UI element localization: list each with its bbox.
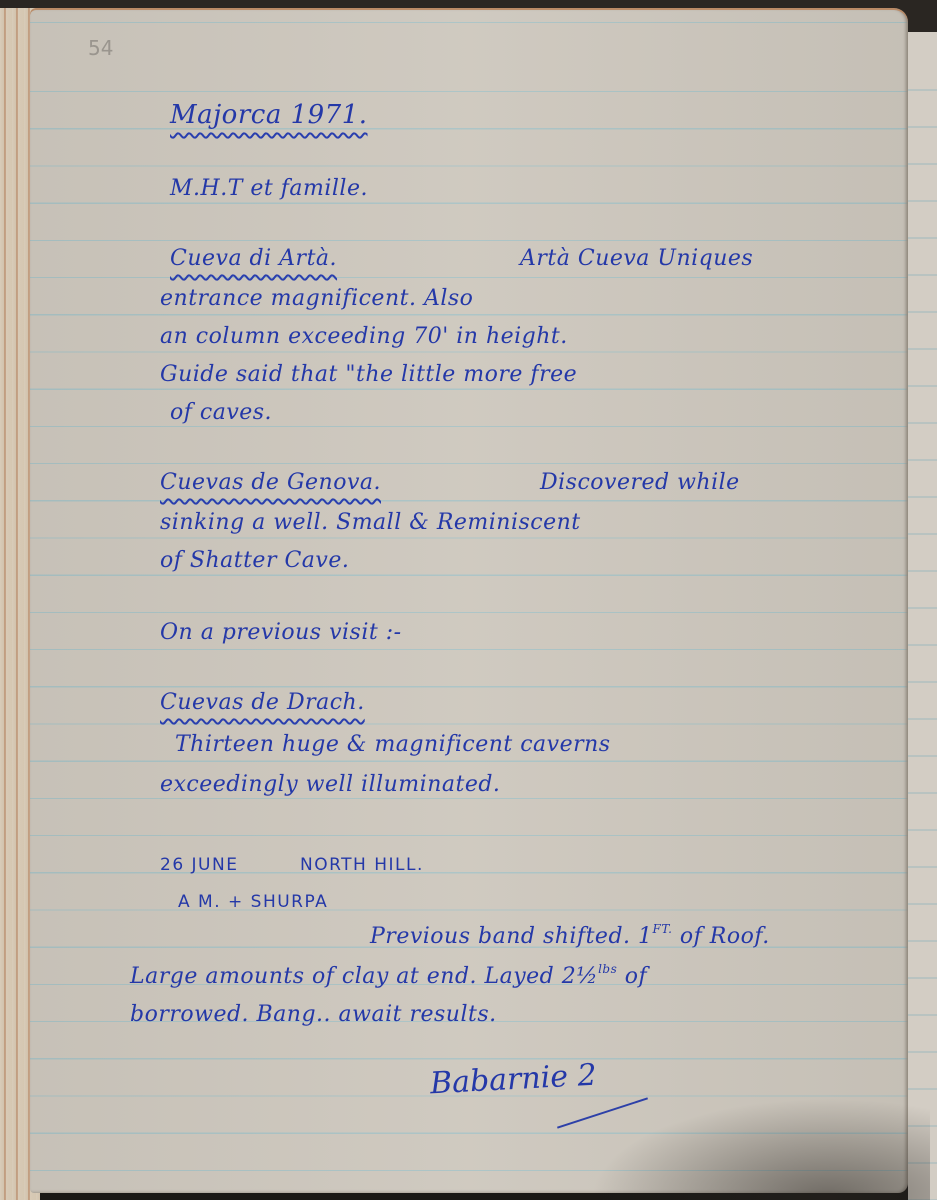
text-line: Guide said that "the little more free: [160, 362, 577, 387]
text-line: Thirteen huge & magnificent caverns: [175, 732, 611, 757]
text-fragment: of: [617, 964, 647, 989]
page-number: 54: [88, 36, 113, 60]
entry-title: Majorca 1971.: [170, 100, 368, 130]
text-line: entrance magnificent. Also: [160, 286, 473, 311]
page-curl-shadow: [590, 1098, 930, 1200]
text-line: Discovered while: [540, 470, 740, 495]
log-date: 26 JUNE: [160, 855, 238, 875]
text-line: exceedingly well illuminated.: [160, 772, 500, 797]
entry-attendees: M.H.T et famille.: [170, 176, 368, 201]
text-line: sinking a well. Small & Reminiscent: [160, 510, 581, 535]
log-location: NORTH HILL.: [300, 855, 424, 875]
unit-superscript: FT.: [653, 922, 673, 936]
text-line: Artà Cueva Uniques: [520, 246, 753, 271]
text-line: Large amounts of clay at end. Layed 2½lb…: [130, 962, 647, 989]
text-fragment: Large amounts of clay at end. Layed 2½: [130, 964, 598, 989]
text-fragment: of Roof.: [672, 924, 769, 949]
previous-visit-note: On a previous visit :-: [160, 620, 402, 645]
cave-heading: Cueva di Artà.: [170, 246, 337, 271]
text-line: an column exceeding 70' in height.: [160, 324, 568, 349]
text-line: of Shatter Cave.: [160, 548, 349, 573]
next-page-edge: [908, 32, 937, 1200]
text-line: Previous band shifted. 1FT. of Roof.: [370, 922, 770, 949]
unit-superscript: lbs: [598, 962, 617, 976]
text-line: borrowed. Bang.. await results.: [130, 1002, 497, 1027]
text-line: of caves.: [170, 400, 272, 425]
cave-heading: Cuevas de Drach.: [160, 690, 365, 715]
text-fragment: Previous band shifted. 1: [370, 924, 653, 949]
cave-heading: Cuevas de Genova.: [160, 470, 381, 495]
log-party: A M. + SHURPA: [178, 892, 328, 912]
